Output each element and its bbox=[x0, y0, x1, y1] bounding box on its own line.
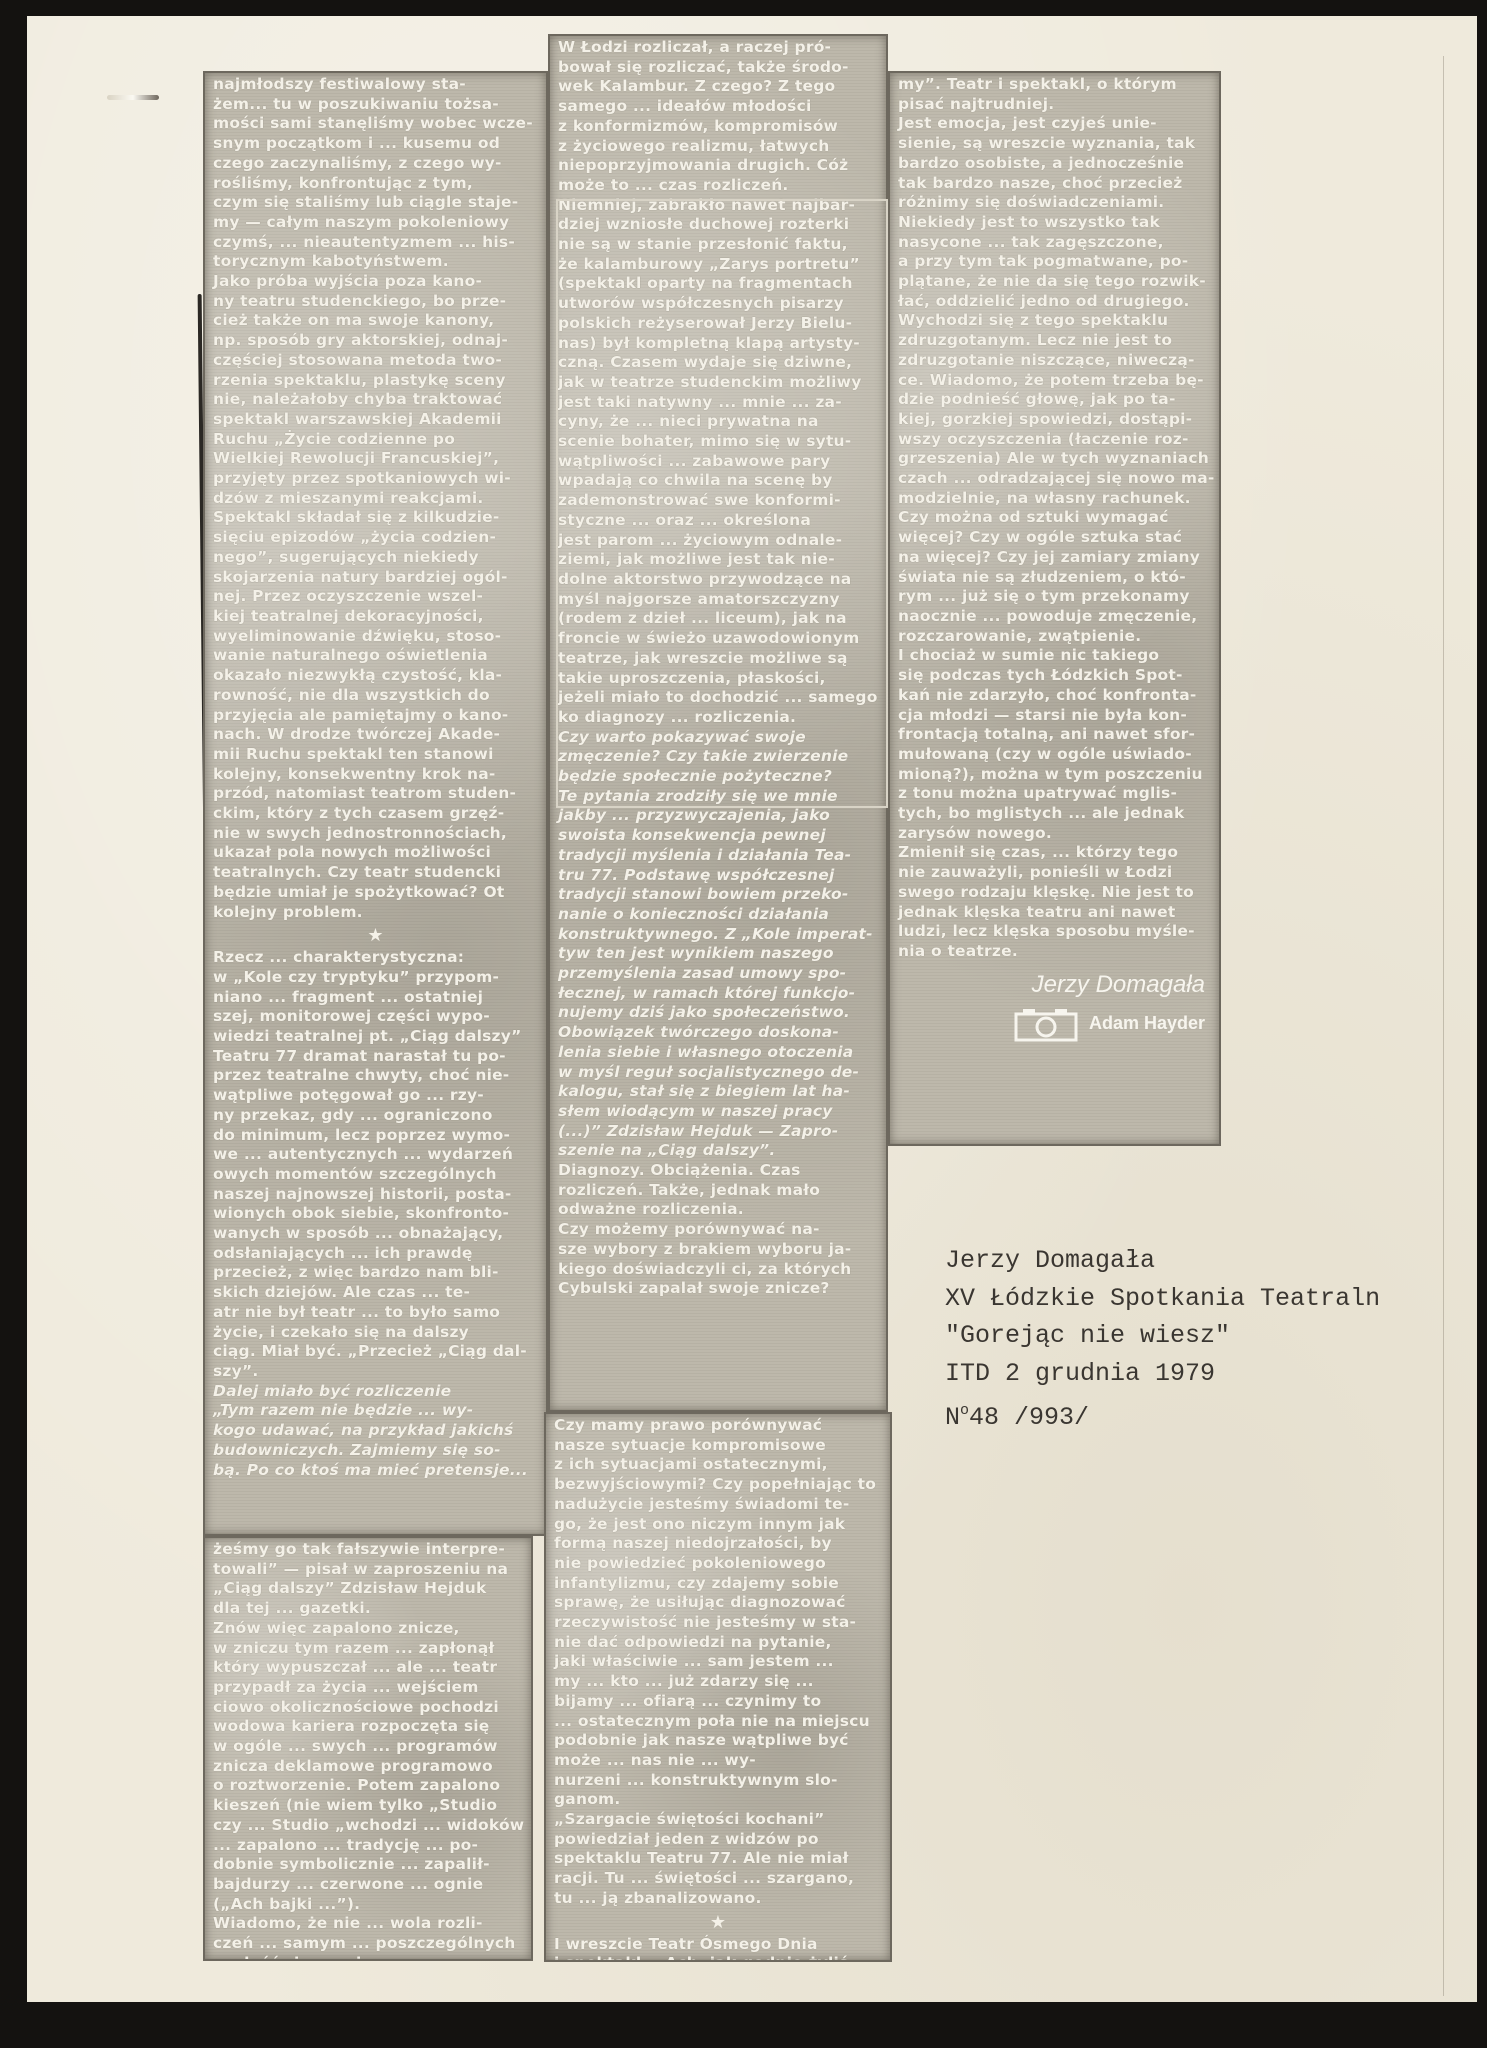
text-line: więcej? Czy w ogóle sztuka stać bbox=[898, 528, 1211, 548]
text-line: Obowiązek twórczego doskona- bbox=[558, 1023, 878, 1043]
text-line: a przy tym tak pogmatwane, po- bbox=[898, 252, 1211, 272]
text-line: ukazał pola nowych możliwości bbox=[213, 843, 538, 863]
text-line: cja młodzi — starsi nie była kon- bbox=[898, 706, 1211, 726]
text-line: Wielkiej Rewolucji Francuskiej”, bbox=[213, 449, 538, 469]
text-line: życie, i czekało się na dalszy bbox=[213, 1323, 538, 1343]
text-line: częściej stosowana metoda two- bbox=[213, 351, 538, 371]
text-line: szej, monitorowej części wypo- bbox=[213, 1007, 538, 1027]
text-line: Czy mamy prawo porównywać bbox=[554, 1416, 882, 1436]
text-line: skojarzenia natury bardziej ogól- bbox=[213, 568, 538, 588]
text-line: Te pytania zrodziły się we mnie bbox=[558, 787, 878, 807]
text-line: zademonstrować swe konformi- bbox=[558, 491, 878, 511]
text-line: myśl najgorsze amatorszczyzny bbox=[558, 590, 878, 610]
text-line: sze wybory z brakiem wyboru ja- bbox=[558, 1240, 878, 1260]
text-line: podobnie jak nasze wątpliwe być bbox=[554, 1731, 882, 1751]
text-line: ... zapalono ... tradycję ... po- bbox=[213, 1836, 523, 1856]
text-line: czy ... Studio „wchodzi ... widoków bbox=[213, 1816, 523, 1836]
clipping-text: najmłodszy festiwalowy sta-żem... tu w p… bbox=[213, 75, 538, 1480]
text-line: który wypuszczał ... ale ... teatr bbox=[213, 1658, 523, 1678]
text-line: o roztworzenie. Potem zapalono bbox=[213, 1776, 523, 1796]
text-line: nie, należałoby chyba traktować bbox=[213, 390, 538, 410]
text-line: naocznie ... powoduje zmęczenie, bbox=[898, 607, 1211, 627]
text-line: nie dać odpowiedzi na pytanie, bbox=[554, 1633, 882, 1653]
text-line: niepoprzyjmowania drugich. Cóż bbox=[558, 156, 878, 176]
text-line: że kalamburowy „Zarys portretu” bbox=[558, 255, 878, 275]
text-line: nie w swych jednostronnościach, bbox=[213, 824, 538, 844]
text-line: nujemy dziś jako społeczeństwo. bbox=[558, 1003, 878, 1023]
text-line: ce. Wiadomo, że potem trzeba bę- bbox=[898, 371, 1211, 391]
star-separator-icon: ★ bbox=[554, 1909, 882, 1935]
text-line: szy”. bbox=[213, 1362, 538, 1382]
text-line: nasze sytuacje kompromisowe bbox=[554, 1436, 882, 1456]
text-line: najmłodszy festiwalowy sta- bbox=[213, 75, 538, 95]
text-line: nia o teatrze. bbox=[898, 942, 1211, 962]
text-line: ciowo okolicznościowe pochodzi bbox=[213, 1698, 523, 1718]
text-line: formą naszej niedojrzałości, by bbox=[554, 1534, 882, 1554]
text-line: sprawę, że usiłując diagnozować bbox=[554, 1593, 882, 1613]
text-line: tradycji stanowi bowiem przeko- bbox=[558, 885, 878, 905]
text-line: np. sposób gry aktorskiej, odnaj- bbox=[213, 331, 538, 351]
text-line: (spektakl oparty na fragmentach bbox=[558, 274, 878, 294]
text-line: Cybulski zapalał swoje znicze? bbox=[558, 1279, 878, 1299]
text-line: owych momentów szczególnych bbox=[213, 1165, 538, 1185]
text-line: skich dziejów. Ale czas ... te- bbox=[213, 1283, 538, 1303]
clipping-text: żeśmy go tak fałszywie interpre-towali” … bbox=[213, 1540, 523, 1961]
text-line: tu ... ją zbanalizowano. bbox=[554, 1889, 882, 1909]
text-line: ny przekaz, gdy ... ograniczono bbox=[213, 1106, 538, 1126]
text-line: z życiowego realizmu, łatwych bbox=[558, 137, 878, 157]
clipping-column1-top: najmłodszy festiwalowy sta-żem... tu w p… bbox=[203, 71, 548, 1536]
text-line: kań nie zdarzyło, choć konfronta- bbox=[898, 686, 1211, 706]
text-line: jest taki natywny ... mnie ... za- bbox=[558, 393, 878, 413]
text-line: Ruchu „Życie codzienne po bbox=[213, 430, 538, 450]
text-line: nie zauważyli, ponieśli w Łodzi bbox=[898, 863, 1211, 883]
text-line: towali” — pisał w zaproszeniu na bbox=[213, 1560, 523, 1580]
text-line: z konformizmów, kompromisów bbox=[558, 117, 878, 137]
text-line: modzielnie, na własny rachunek. bbox=[898, 489, 1211, 509]
text-line: żem... tu w poszukiwaniu tożsa- bbox=[213, 95, 538, 115]
photo-credit: Adam Hayder bbox=[898, 1006, 1205, 1042]
text-line: w zniczu tym razem ... zapłonął bbox=[213, 1639, 523, 1659]
text-line: „Szargacie świętości kochani” bbox=[554, 1810, 882, 1830]
camera-icon bbox=[1013, 1006, 1079, 1042]
text-line: mii Ruchu spektakl ten stanowi bbox=[213, 745, 538, 765]
text-line: czego zaczynaliśmy, z czego wy- bbox=[213, 154, 538, 174]
text-line: konstruktywnego. Z „Kole imperat- bbox=[558, 925, 878, 945]
text-line: przyjęcia ale pamiętajmy o kano- bbox=[213, 706, 538, 726]
text-line: tych, bo mglistych ... ale jednak bbox=[898, 804, 1211, 824]
text-line: (rodem z dzieł ... liceum), jak na bbox=[558, 609, 878, 629]
text-line: tru 77. Podstawę współczesnej bbox=[558, 866, 878, 886]
text-line: „Tym razem nie będzie ... wy- bbox=[213, 1401, 538, 1421]
text-line: czym się staliśmy lub ciągle staje- bbox=[213, 193, 538, 213]
text-line: kiej teatralnej dekoracyjności, bbox=[213, 607, 538, 627]
text-line: rozliczeń. Także, jednak mało bbox=[558, 1181, 878, 1201]
text-line: wiedzi teatralnej pt. „Ciąg dalszy” bbox=[213, 1027, 538, 1047]
text-line: słem wiodącym w naszej pracy bbox=[558, 1102, 878, 1122]
text-line: Zmienił się czas, ... którzy tego bbox=[898, 843, 1211, 863]
text-line: na więcej? Czy jej zamiary zmiany bbox=[898, 548, 1211, 568]
text-line: go, że jest ono niczym innym jak bbox=[554, 1515, 882, 1535]
label-source-date: ITD 2 grudnia 1979 bbox=[945, 1355, 1380, 1393]
text-line: odważne rozliczenia. bbox=[558, 1200, 878, 1220]
text-line: nanie o konieczności działania bbox=[558, 905, 878, 925]
text-line: polskich reżyserował Jerzy Bielu- bbox=[558, 314, 878, 334]
text-line: kieszeń (nie wiem tylko „Studio bbox=[213, 1796, 523, 1816]
text-line: scenie bohater, mimo się w sytu- bbox=[558, 432, 878, 452]
text-line: nurzeni ... konstruktywnym slo- bbox=[554, 1771, 882, 1791]
text-line: cyny, że ... nieci prywatna na bbox=[558, 412, 878, 432]
text-line: bajdurzy ... czerwone ... ognie bbox=[213, 1875, 523, 1895]
text-line: wątpliwości ... zabawowe pary bbox=[558, 452, 878, 472]
text-line: z ich sytuacjami ostatecznymi, bbox=[554, 1455, 882, 1475]
text-line: kiego doświadczyli ci, za których bbox=[558, 1260, 878, 1280]
text-line: nego”, sugerujących niekiedy bbox=[213, 548, 538, 568]
text-line: jaki właściwie ... sam jestem ... bbox=[554, 1652, 882, 1672]
text-line: z tonu można upatrywać mglis- bbox=[898, 784, 1211, 804]
text-line: Niemniej, zabrakło nawet najbar- bbox=[558, 196, 878, 216]
clipping-column2-top: W Łodzi rozliczał, a raczej pró-bował si… bbox=[548, 34, 888, 1412]
text-line: (...)” Zdzisław Hejduk — Zapro- bbox=[558, 1122, 878, 1142]
text-line: Wychodzi się z tego spektaklu bbox=[898, 311, 1211, 331]
text-line: swoista konsekwencja pewnej bbox=[558, 826, 878, 846]
text-line: dla tej ... gazetki. bbox=[213, 1599, 523, 1619]
text-line: ckim, który z tych czasem grzęź- bbox=[213, 804, 538, 824]
text-line: Jest emocja, jest czyjeś unie- bbox=[898, 114, 1211, 134]
text-line: nie są w stanie przesłonić faktu, bbox=[558, 235, 878, 255]
text-line: bardzo osobiste, a jednocześnie bbox=[898, 154, 1211, 174]
text-line: okazało niezwykłą czystość, kla- bbox=[213, 666, 538, 686]
text-line: wszy oczyszczenia (łaczenie roz- bbox=[898, 430, 1211, 450]
text-line: Spektakl składał się z kilkudzie- bbox=[213, 508, 538, 528]
text-line: rzenia spektaklu, plastykę sceny bbox=[213, 371, 538, 391]
text-line: bą. Po co ktoś ma mieć pretensje... bbox=[213, 1461, 538, 1481]
text-line: mioną?), można w tym poszczeniu bbox=[898, 765, 1211, 785]
text-line: nas) był kompletną klapą artysty- bbox=[558, 334, 878, 354]
text-line: wodowa kariera rozpoczęta się bbox=[213, 1717, 523, 1737]
text-line: jednak klęska teatru ani nawet bbox=[898, 903, 1211, 923]
text-line: teatrze, jak wreszcie możliwe są bbox=[558, 649, 878, 669]
text-line: przypadł za życia ... wejściem bbox=[213, 1678, 523, 1698]
text-line: wionych obok siebie, skonfronto- bbox=[213, 1204, 538, 1224]
text-line: cież także on ma swoje kanony, bbox=[213, 311, 538, 331]
text-line: ... ostatecznym poła nie na miejscu bbox=[554, 1712, 882, 1732]
text-line: nasycone ... tak zagęszczone, bbox=[898, 233, 1211, 253]
text-line: w myśl reguł socjalistycznego de- bbox=[558, 1063, 878, 1083]
text-line: wyeliminowanie dźwięku, stoso- bbox=[213, 627, 538, 647]
text-line: łecznej, w ramach której funkcjo- bbox=[558, 984, 878, 1004]
text-line: przemyślenia zasad umowy spo- bbox=[558, 964, 878, 984]
text-line: i spektakl... Ach, jak godnie żyliś- bbox=[554, 1954, 882, 1962]
text-line: wanie naturalnego oświetlenia bbox=[213, 646, 538, 666]
text-line: czną. Czasem wydaje się dziwne, bbox=[558, 353, 878, 373]
text-line: kiej, gorzkiej spowiedzi, dostąpi- bbox=[898, 410, 1211, 430]
label-issue: No48 /993/ bbox=[945, 1392, 1380, 1437]
text-line: mułowaną (czy w ogóle uświado- bbox=[898, 745, 1211, 765]
text-line: froncie w świeżo uzawodowionym bbox=[558, 629, 878, 649]
text-line: dobnie symbolicznie ... zapalił- bbox=[213, 1855, 523, 1875]
clipping-text: Czy mamy prawo porównywaćnasze sytuacje … bbox=[554, 1416, 882, 1962]
text-line: utworów współczesnych pisarzy bbox=[558, 294, 878, 314]
text-line: rośliśmy, konfrontując z tym, bbox=[213, 174, 538, 194]
text-line: frontacją totalną, ani nawet sfor- bbox=[898, 725, 1211, 745]
text-line: atr nie był teatr ... to było samo bbox=[213, 1303, 538, 1323]
text-line: może ... nas nie ... wy- bbox=[554, 1751, 882, 1771]
text-line: dolne aktorstwo przywodzące na bbox=[558, 570, 878, 590]
text-line: Znów więc zapalono znicze, bbox=[213, 1619, 523, 1639]
text-line: tyw ten jest wynikiem naszego bbox=[558, 944, 878, 964]
text-line: Czy możemy porównywać na- bbox=[558, 1220, 878, 1240]
text-line: dziej wzniosłe duchowej rozterki bbox=[558, 215, 878, 235]
text-line: czymś, ... nieautentyzmem ... his- bbox=[213, 233, 538, 253]
text-line: nie powiedzieć pokoleniowego bbox=[554, 1554, 882, 1574]
text-line: czach ... odradzającej się nowo ma- bbox=[898, 469, 1211, 489]
text-line: jest parom ... życiowym odnale- bbox=[558, 531, 878, 551]
text-line: tradycji myślenia i działania Tea- bbox=[558, 846, 878, 866]
text-line: sięciu epizodów „życia codzien- bbox=[213, 528, 538, 548]
text-line: ziemi, jak możliwe jest tak nie- bbox=[558, 550, 878, 570]
text-line: nach. W drodze twórczej Akade- bbox=[213, 725, 538, 745]
text-line: infantylizmu, czy zdajemy sobie bbox=[554, 1574, 882, 1594]
text-line: świata nie są złudzeniem, o któ- bbox=[898, 568, 1211, 588]
text-line: jakby ... przyzwyczajenia, jako bbox=[558, 806, 878, 826]
paper-sheet: najmłodszy festiwalowy sta-żem... tu w p… bbox=[27, 16, 1477, 2002]
text-line: my ... kto ... już zdarzy się ... bbox=[554, 1672, 882, 1692]
text-line: spektaklu Teatru 77. Ale nie miał bbox=[554, 1849, 882, 1869]
text-line: („Ach bajki ...”). bbox=[213, 1895, 523, 1915]
text-line: ko diagnozy ... rozliczenia. bbox=[558, 708, 878, 728]
star-separator-icon: ★ bbox=[213, 922, 538, 948]
label-event: XV Łódzkie Spotkania Teatraln bbox=[945, 1280, 1380, 1318]
text-line: łać, oddzielić jedno od drugiego. bbox=[898, 292, 1211, 312]
text-line: ny teatru studenckiego, bo prze- bbox=[213, 292, 538, 312]
text-line: ciąg. Miał być. „Przecież „Ciąg dal- bbox=[213, 1342, 538, 1362]
text-line: może to ... czas rozliczeń. bbox=[558, 176, 878, 196]
text-line: przez teatralne chwyty, choć nie- bbox=[213, 1066, 538, 1086]
label-author: Jerzy Domagała bbox=[945, 1242, 1380, 1280]
text-line: ludzi, lecz klęska sposobu myśle- bbox=[898, 922, 1211, 942]
clipping-column1-bottom: żeśmy go tak fałszywie interpre-towali” … bbox=[203, 1536, 533, 1961]
text-line: dzie podnieść głowę, jak po ta- bbox=[898, 390, 1211, 410]
text-line: nej. Przez oczyszczenie wszel- bbox=[213, 587, 538, 607]
text-line: bezwyjściowymi? Czy popełniając to bbox=[554, 1475, 882, 1495]
clipping-text: my”. Teatr i spektakl, o którympisać naj… bbox=[898, 75, 1211, 962]
text-line: nadużycie jesteśmy świadomi te- bbox=[554, 1495, 882, 1515]
text-line: przyjęty przez spotkaniowych wi- bbox=[213, 469, 538, 489]
text-line: racji. Tu ... świętości ... szargano, bbox=[554, 1869, 882, 1889]
text-line: wek Kalambur. Z czego? Z tego bbox=[558, 77, 878, 97]
text-line: przecież, z więc bardzo nam bli- bbox=[213, 1263, 538, 1283]
text-line: spektakl warszawskiej Akademii bbox=[213, 410, 538, 430]
paper-fold-edge bbox=[1443, 56, 1444, 1996]
text-line: wanych w sposób ... obnażający, bbox=[213, 1224, 538, 1244]
text-line: będzie umiał je spożytkować? Ot bbox=[213, 883, 538, 903]
text-line: lenia siebie i własnego otoczenia bbox=[558, 1043, 878, 1063]
text-line: kolejny problem. bbox=[213, 903, 538, 923]
text-line: do minimum, lecz poprzez wymo- bbox=[213, 1126, 538, 1146]
text-line: Rzecz ... charakterystyczna: bbox=[213, 948, 538, 968]
text-line: Jako próba wyjścia poza kano- bbox=[213, 272, 538, 292]
text-line: I wreszcie Teatr Ósmego Dnia bbox=[554, 1935, 882, 1955]
text-line: zdruzgotanym. Lecz nie jest to bbox=[898, 331, 1211, 351]
text-line: plątane, że nie da się tego rozwik- bbox=[898, 272, 1211, 292]
text-line: snym początkom i ... kusemu od bbox=[213, 134, 538, 154]
text-line: pisać najtrudniej. bbox=[898, 95, 1211, 115]
typewritten-label: Jerzy Domagała XV Łódzkie Spotkania Teat… bbox=[945, 1242, 1380, 1437]
text-line: Czy można od sztuki wymagać bbox=[898, 508, 1211, 528]
text-line: my”. Teatr i spektakl, o którym bbox=[898, 75, 1211, 95]
text-line: wątpliwe potęgował go ... rzy- bbox=[213, 1086, 538, 1106]
text-line: kalogu, stał się z biegiem lat ha- bbox=[558, 1082, 878, 1102]
text-line: tak bardzo nasze, choć przecież bbox=[898, 174, 1211, 194]
text-line: będzie społecznie pożyteczne? bbox=[558, 767, 878, 787]
text-line: się podczas tych Łódzkich Spot- bbox=[898, 666, 1211, 686]
text-line: rozczarowanie, zwątpienie. bbox=[898, 627, 1211, 647]
label-title: "Gorejąc nie wiesz" bbox=[945, 1317, 1380, 1355]
clipping-text: W Łodzi rozliczał, a raczej pró-bował si… bbox=[558, 38, 878, 1299]
text-line: we ... autentycznych ... wydarzeń bbox=[213, 1145, 538, 1165]
text-line: Wiadomo, że nie ... wola rozli- bbox=[213, 1914, 523, 1934]
text-line: czeń ... samym ... poszczególnych bbox=[213, 1934, 523, 1954]
text-line: my — całym naszym pokoleniowy bbox=[213, 213, 538, 233]
text-line: żeśmy go tak fałszywie interpre- bbox=[213, 1540, 523, 1560]
text-line: naszej najnowszej historii, posta- bbox=[213, 1185, 538, 1205]
clipping-column2-bottom: Czy mamy prawo porównywaćnasze sytuacje … bbox=[544, 1412, 892, 1962]
text-line: budowniczych. Zajmiemy się so- bbox=[213, 1441, 538, 1461]
text-line: kogo udawać, na przykład jakichś bbox=[213, 1421, 538, 1441]
text-line: różnimy się doświadczeniami. bbox=[898, 193, 1211, 213]
text-line: wpadają co chwila na scenę by bbox=[558, 471, 878, 491]
text-line: dzów z mieszanymi reakcjami. bbox=[213, 489, 538, 509]
text-line: zdruzgotanie niszczące, niweczą- bbox=[898, 351, 1211, 371]
text-line: zmęczenie? Czy takie zwierzenie bbox=[558, 747, 878, 767]
text-line: sienie, są wreszcie wyznania, tak bbox=[898, 134, 1211, 154]
text-line: W Łodzi rozliczał, a raczej pró- bbox=[558, 38, 878, 58]
text-line: przód, natomiast teatrom studen- bbox=[213, 784, 538, 804]
text-line: szenie na „Ciąg dalszy”. bbox=[558, 1141, 878, 1161]
text-line: w „Kole czy tryptyku” przypom- bbox=[213, 968, 538, 988]
text-line: grzeszenia) Ale w tych wyznaniach bbox=[898, 449, 1211, 469]
article-signature: Jerzy Domagała bbox=[898, 970, 1205, 1000]
text-line: znaleźć się ... mier... bbox=[213, 1954, 523, 1961]
text-line: Teatru 77 dramat narastał tu po- bbox=[213, 1047, 538, 1067]
text-line: „Ciąg dalszy” Zdzisław Hejduk bbox=[213, 1579, 523, 1599]
paper-tear-mark bbox=[107, 95, 159, 100]
text-line: mości sami stanęliśmy wobec wcze- bbox=[213, 114, 538, 134]
text-line: Niekiedy jest to wszystko tak bbox=[898, 213, 1211, 233]
text-line: swego rodzaju klęskę. Nie jest to bbox=[898, 883, 1211, 903]
text-line: niano ... fragment ... ostatniej bbox=[213, 988, 538, 1008]
text-line: w ogóle ... swych ... programów bbox=[213, 1737, 523, 1757]
text-line: jeżeli miało to dochodzić ... samego bbox=[558, 688, 878, 708]
text-line: rym ... już się o tym przekonamy bbox=[898, 587, 1211, 607]
text-line: odsłaniających ... ich prawdę bbox=[213, 1244, 538, 1264]
text-line: samego ... ideałów młodości bbox=[558, 97, 878, 117]
clipping-column3: my”. Teatr i spektakl, o którympisać naj… bbox=[888, 71, 1221, 1146]
text-line: ganom. bbox=[554, 1790, 882, 1810]
text-line: Diagnozy. Obciążenia. Czas bbox=[558, 1161, 878, 1181]
text-line: rzeczywistość nie jesteśmy w sta- bbox=[554, 1613, 882, 1633]
text-line: I chociaż w sumie nic takiego bbox=[898, 646, 1211, 666]
photo-credit-name: Adam Hayder bbox=[1089, 1013, 1205, 1034]
text-line: teatralnych. Czy teatr studencki bbox=[213, 863, 538, 883]
text-line: kolejny, konsekwentny krok na- bbox=[213, 765, 538, 785]
text-line: styczne ... oraz ... określona bbox=[558, 511, 878, 531]
text-line: jak w teatrze studenckim możliwy bbox=[558, 373, 878, 393]
text-line: torycznym kabotyństwem. bbox=[213, 252, 538, 272]
text-line: Dalej miało być rozliczenie bbox=[213, 1382, 538, 1402]
text-line: bował się rozliczać, także środo- bbox=[558, 58, 878, 78]
text-line: rowność, nie dla wszystkich do bbox=[213, 686, 538, 706]
text-line: bijamy ... ofiarą ... czynimy to bbox=[554, 1692, 882, 1712]
text-line: zarysów nowego. bbox=[898, 824, 1211, 844]
text-line: znicza deklamowe programowo bbox=[213, 1757, 523, 1777]
text-line: Czy warto pokazywać swoje bbox=[558, 728, 878, 748]
text-line: takie uproszczenia, płaskości, bbox=[558, 669, 878, 689]
text-line: powiedział jeden z widzów po bbox=[554, 1830, 882, 1850]
